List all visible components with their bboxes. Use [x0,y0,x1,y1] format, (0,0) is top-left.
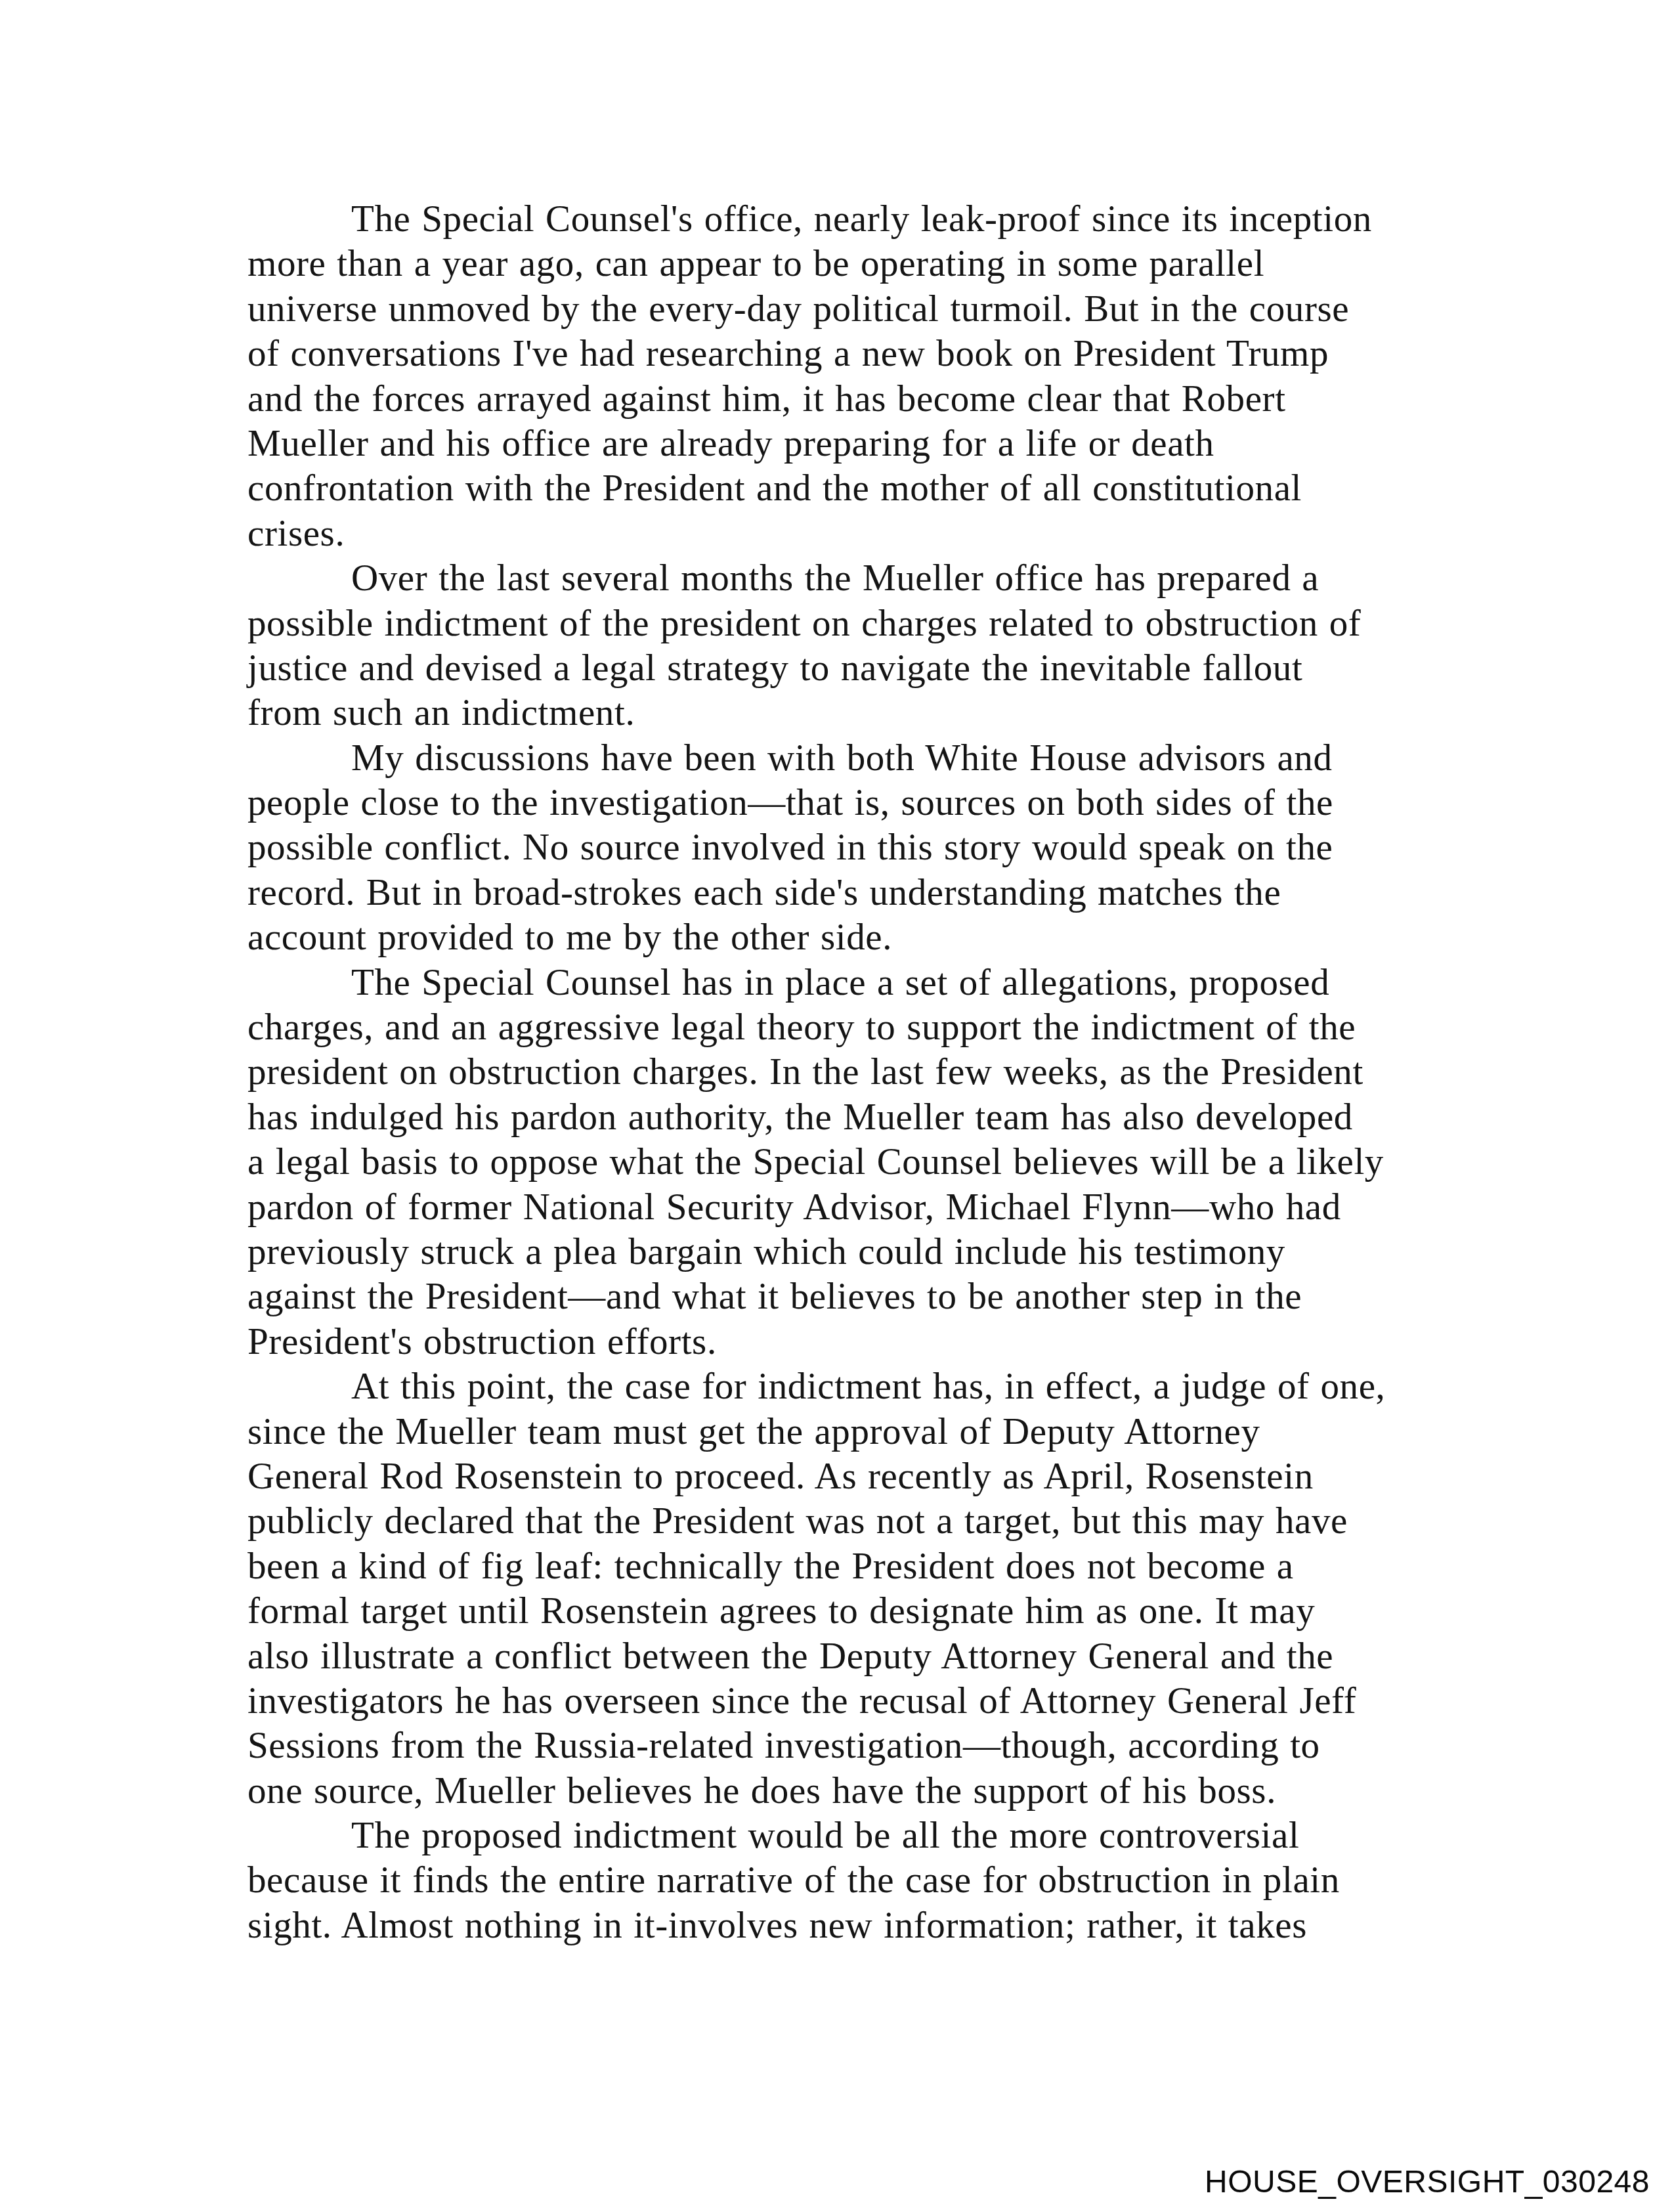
text-line: and the forces arrayed against him, it h… [247,377,1429,422]
text-line: publicly declared that the President was… [247,1499,1429,1544]
text-line: against the President—and what it believ… [247,1274,1429,1319]
text-line: sight. Almost nothing in it-involves new… [247,1903,1429,1948]
text-line: investigators he has overseen since the … [247,1679,1429,1724]
text-line: formal target until Rosenstein agrees to… [247,1589,1429,1634]
text-line: President's obstruction efforts. [247,1320,1429,1364]
text-line: president on obstruction charges. In the… [247,1050,1429,1095]
paragraph-4: The Special Counsel has in place a set o… [247,961,1429,1365]
text-line: General Rod Rosenstein to proceed. As re… [247,1454,1429,1499]
text-line: also illustrate a conflict between the D… [247,1634,1429,1679]
text-line: Sessions from the Russia-related investi… [247,1724,1429,1768]
text-line: one source, Mueller believes he does hav… [247,1769,1429,1813]
bates-number: HOUSE_OVERSIGHT_030248 [1203,2164,1650,2201]
text-line: justice and devised a legal strategy to … [247,646,1429,691]
text-line: crises. [247,511,1429,556]
text-line: more than a year ago, can appear to be o… [247,242,1429,286]
paragraph-3: My discussions have been with both White… [247,736,1429,961]
text-line: possible conflict. No source involved in… [247,825,1429,870]
paragraph-1: The Special Counsel's office, nearly lea… [247,197,1429,556]
text-line: previously struck a plea bargain which c… [247,1230,1429,1274]
text-line: from such an indictment. [247,691,1429,735]
text-line: account provided to me by the other side… [247,915,1429,960]
text-line: possible indictment of the president on … [247,601,1429,646]
text-line: people close to the investigation—that i… [247,781,1429,825]
text-line: pardon of former National Security Advis… [247,1185,1429,1230]
text-line: charges, and an aggressive legal theory … [247,1005,1429,1050]
text-line: been a kind of fig leaf: technically the… [247,1544,1429,1589]
paragraph-2: Over the last several months the Mueller… [247,556,1429,736]
text-line: record. But in broad-strokes each side's… [247,871,1429,915]
body-text: The Special Counsel's office, nearly lea… [247,197,1429,1948]
paragraph-6: The proposed indictment would be all the… [247,1813,1429,1948]
text-line: The proposed indictment would be all the… [247,1813,1429,1858]
text-line: a legal basis to oppose what the Special… [247,1140,1429,1184]
text-line: since the Mueller team must get the appr… [247,1410,1429,1454]
text-line: The Special Counsel has in place a set o… [247,961,1429,1005]
document-page: The Special Counsel's office, nearly lea… [0,0,1674,2212]
text-line: The Special Counsel's office, nearly lea… [247,197,1429,242]
text-line: My discussions have been with both White… [247,736,1429,781]
text-line: of conversations I've had researching a … [247,332,1429,376]
text-line: Mueller and his office are already prepa… [247,422,1429,466]
text-line: confrontation with the President and the… [247,466,1429,511]
text-line: universe unmoved by the every-day politi… [247,287,1429,332]
text-line: At this point, the case for indictment h… [247,1364,1429,1409]
text-line: Over the last several months the Mueller… [247,556,1429,601]
text-line: has indulged his pardon authority, the M… [247,1095,1429,1140]
paragraph-5: At this point, the case for indictment h… [247,1364,1429,1813]
text-line: because it finds the entire narrative of… [247,1858,1429,1903]
